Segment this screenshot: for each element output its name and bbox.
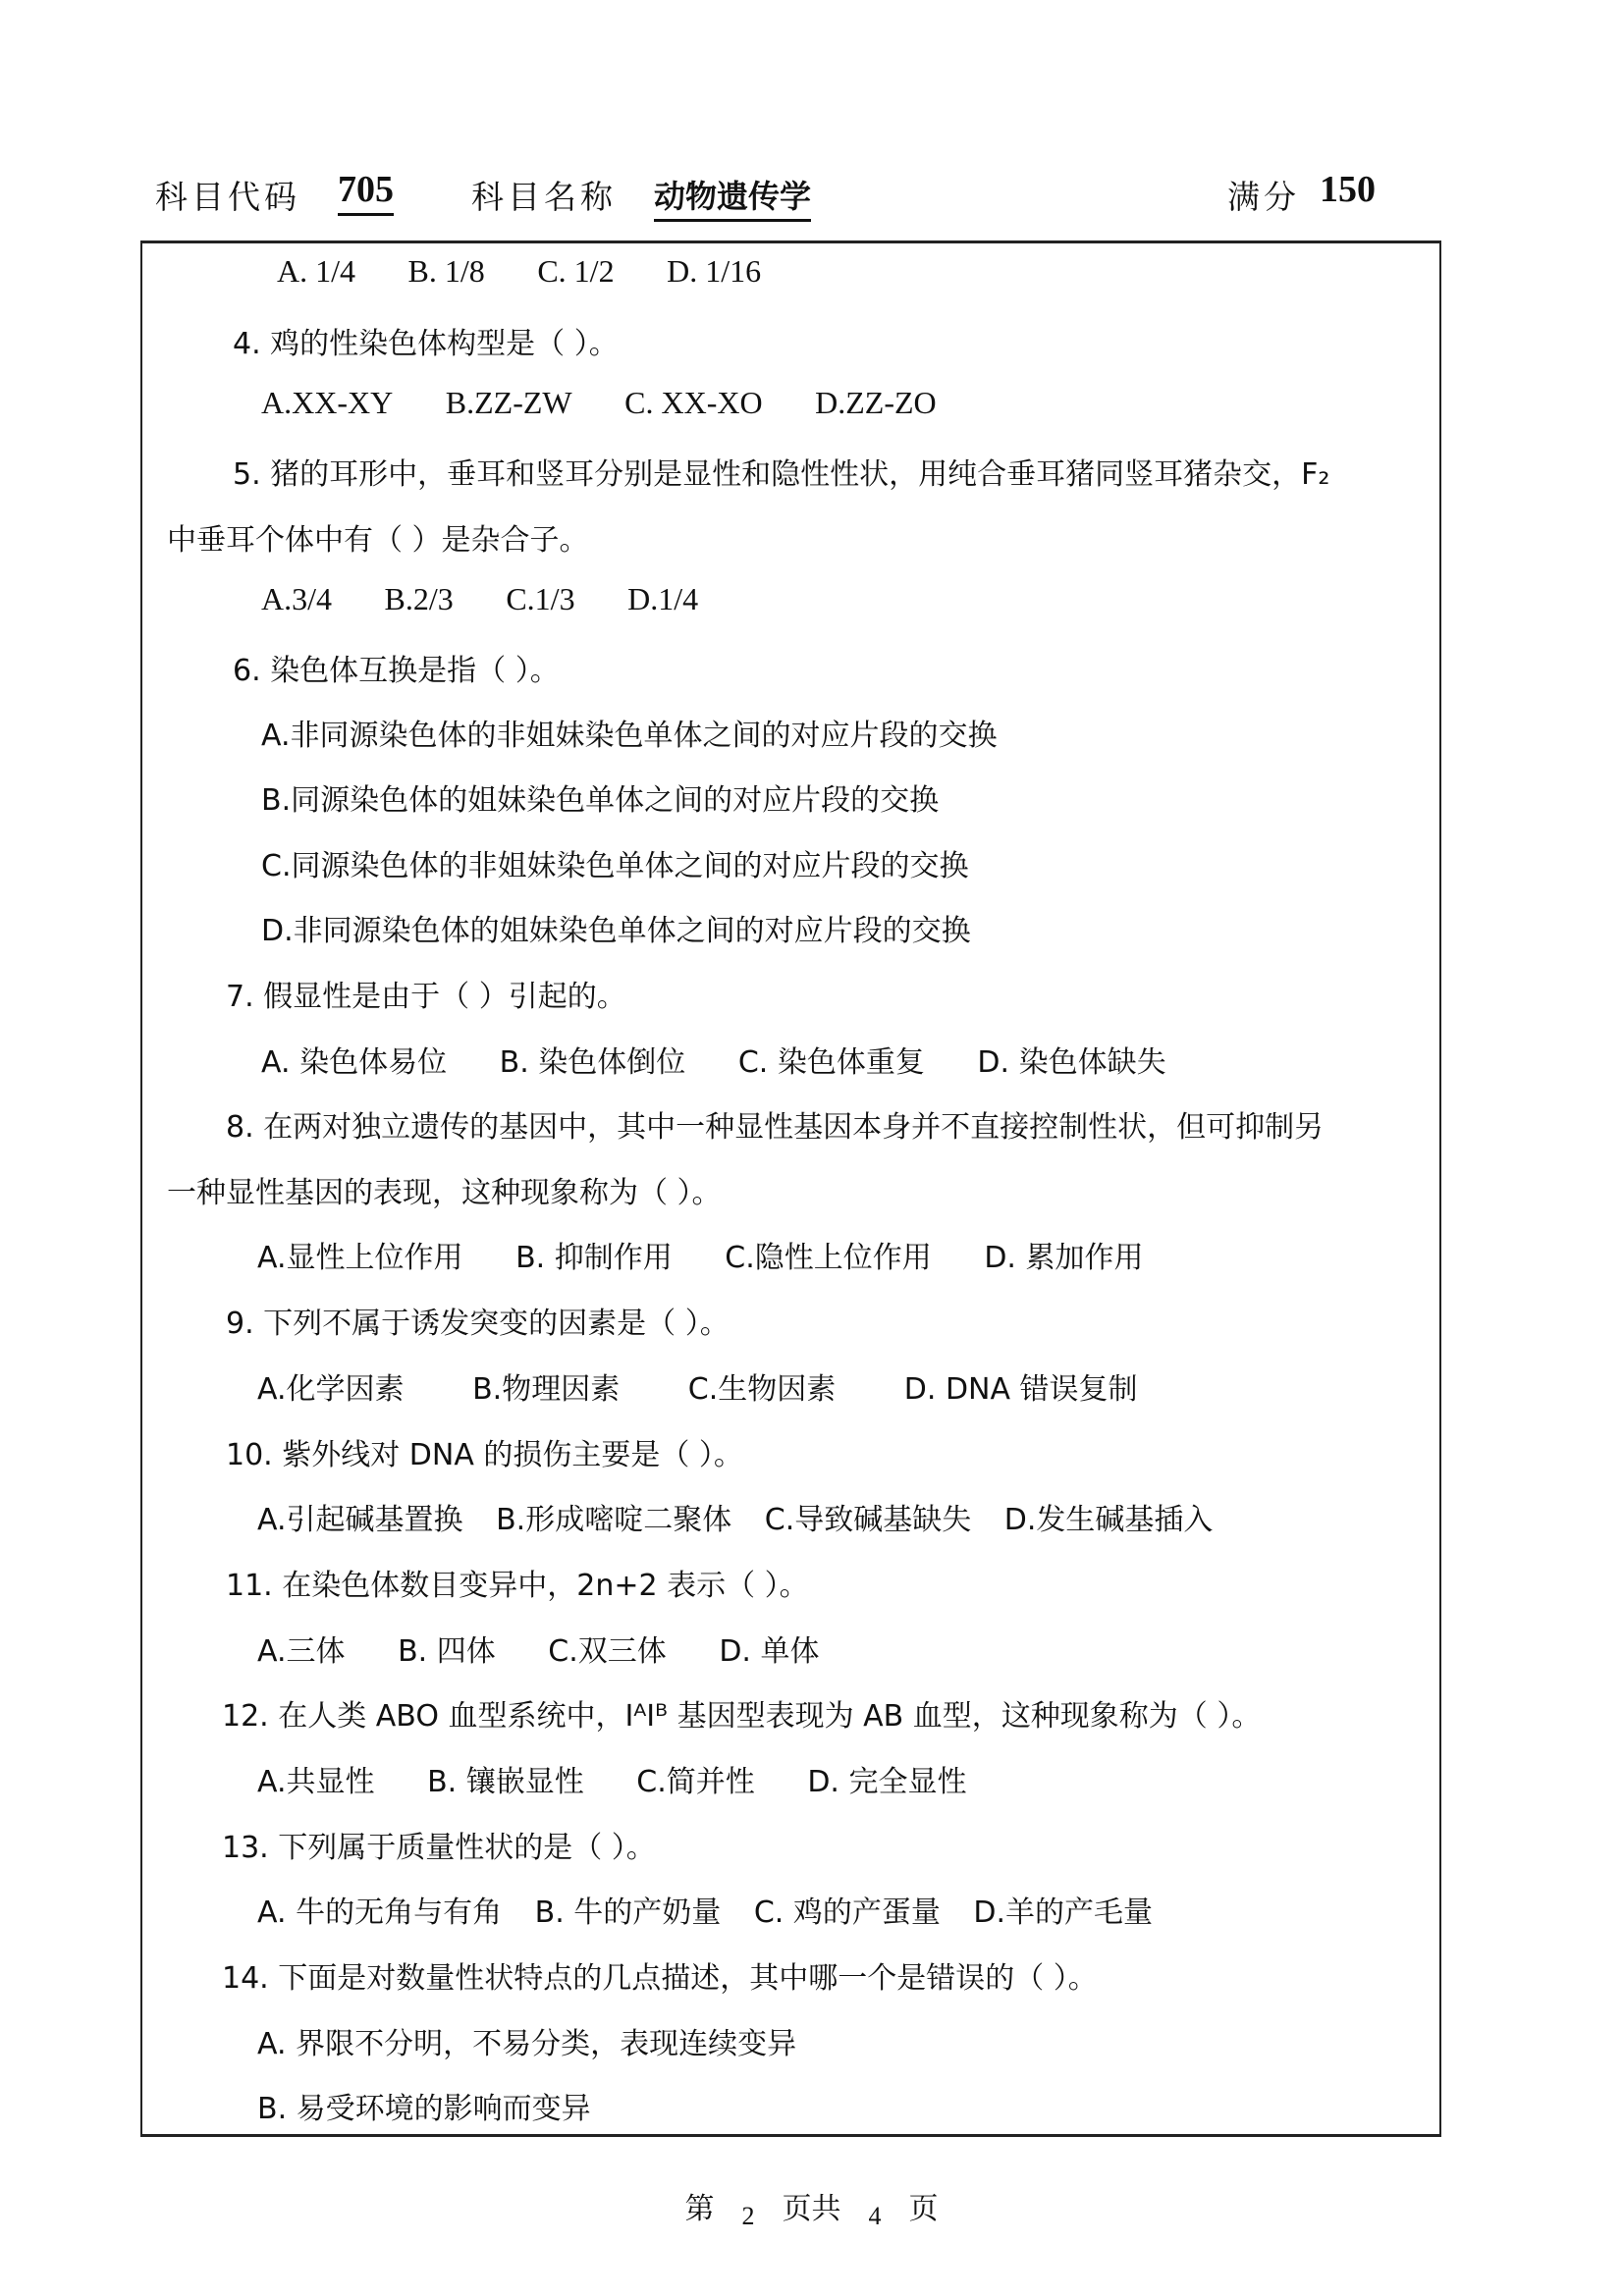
option: B. 牛的产奶量 — [535, 1888, 722, 1931]
q7-stem: 7. 假显性是由于（ ）引起的。 — [226, 972, 626, 1015]
q5-stem-line2: 中垂耳个体中有（ ）是杂合子。 — [167, 515, 589, 559]
option: D. 完全显性 — [807, 1757, 966, 1800]
total-pages: 4 — [869, 2202, 882, 2230]
option: C.隐性上位作用 — [725, 1233, 931, 1276]
option: D. 单体 — [719, 1627, 819, 1670]
full-score-label: 满分 — [1227, 172, 1300, 218]
option: A.XX-XY — [261, 385, 393, 421]
q8-options: A.显性上位作用 B. 抑制作用 C.隐性上位作用 D. 累加作用 — [257, 1233, 1187, 1276]
option: D.发生碱基插入 — [1004, 1495, 1214, 1538]
footer-suffix: 页 — [909, 2192, 939, 2226]
option: B. 四体 — [398, 1627, 496, 1670]
option: C.双三体 — [548, 1627, 666, 1670]
q6-option-a: A.非同源染色体的非姐妹染色单体之间的对应片段的交换 — [261, 711, 998, 754]
q12-stem: 12. 在人类 ABO 血型系统中，IᴬIᴮ 基因型表现为 AB 血型，这种现象… — [222, 1691, 1261, 1735]
footer-prefix: 第 — [685, 2192, 715, 2226]
current-page: 2 — [742, 2202, 755, 2230]
q6-stem: 6. 染色体互换是指（ ）。 — [233, 646, 560, 689]
page-footer: 第2页共4页 — [0, 2184, 1623, 2227]
option: B. 镶嵌显性 — [427, 1757, 584, 1800]
q8-stem-line2: 一种显性基因的表现，这种现象称为（ ）。 — [167, 1168, 722, 1211]
q6-option-d: D.非同源染色体的姐妹染色单体之间的对应片段的交换 — [261, 906, 971, 949]
option: A.显性上位作用 — [257, 1233, 463, 1276]
option: C.简并性 — [636, 1757, 754, 1800]
option: B. 抑制作用 — [515, 1233, 673, 1276]
option: B.形成嘧啶二聚体 — [496, 1495, 731, 1538]
subject-code: 705 — [338, 168, 394, 216]
q14-option-b: B. 易受环境的影响而变异 — [257, 2084, 591, 2127]
q11-stem: 11. 在染色体数目变异中，2n+2 表示（ ）。 — [226, 1561, 809, 1604]
full-score: 150 — [1320, 168, 1376, 211]
option: A. 染色体易位 — [261, 1038, 447, 1081]
subject-code-label: 科目代码 — [155, 172, 300, 218]
option: C. XX-XO — [624, 385, 762, 421]
option: C. 染色体重复 — [738, 1038, 925, 1081]
option: A.化学因素 — [257, 1364, 405, 1408]
q10-stem: 10. 紫外线对 DNA 的损伤主要是（ ）。 — [226, 1430, 743, 1473]
q11-options: A.三体 B. 四体 C.双三体 D. 单体 — [257, 1627, 863, 1670]
q9-options: A.化学因素 B.物理因素 C.生物因素 D. DNA 错误复制 — [257, 1364, 1181, 1408]
q3-options: A. 1/4 B. 1/8 C. 1/2 D. 1/16 — [277, 253, 804, 290]
option: C.导致碱基缺失 — [765, 1495, 971, 1538]
footer-mid: 页共 — [783, 2192, 841, 2226]
q4-stem: 4. 鸡的性染色体构型是（ ）。 — [233, 319, 619, 362]
option: D. 染色体缺失 — [977, 1038, 1165, 1081]
option: A. 1/4 — [277, 253, 355, 290]
subject-name-label: 科目名称 — [471, 172, 617, 218]
option: A.三体 — [257, 1627, 346, 1670]
exam-header: 科目代码 705 科目名称 动物遗传学 满分 150 — [155, 172, 1387, 231]
q7-options: A. 染色体易位 B. 染色体倒位 C. 染色体重复 D. 染色体缺失 — [261, 1038, 1210, 1081]
subject-name: 动物遗传学 — [654, 172, 811, 222]
option: A.引起碱基置换 — [257, 1495, 463, 1538]
option: D.ZZ-ZO — [815, 385, 937, 421]
option: D. 累加作用 — [984, 1233, 1143, 1276]
q10-options: A.引起碱基置换 B.形成嘧啶二聚体 C.导致碱基缺失 D.发生碱基插入 — [257, 1495, 1256, 1538]
q4-options: A.XX-XY B.ZZ-ZW C. XX-XO D.ZZ-ZO — [261, 385, 980, 421]
q14-stem: 14. 下面是对数量性状特点的几点描述，其中哪一个是错误的（ ）。 — [222, 1953, 1098, 1997]
q12-options: A.共显性 B. 镶嵌显性 C.简并性 D. 完全显性 — [257, 1757, 1010, 1800]
option: D. 1/16 — [667, 253, 761, 290]
option: C.1/3 — [506, 581, 574, 617]
q13-stem: 13. 下列属于质量性状的是（ ）。 — [222, 1823, 656, 1866]
option: B. 1/8 — [408, 253, 485, 290]
q9-stem: 9. 下列不属于诱发突变的因素是（ ）。 — [226, 1299, 730, 1342]
option: C.生物因素 — [688, 1364, 836, 1408]
q14-option-a: A. 界限不分明，不易分类，表现连续变异 — [257, 2019, 796, 2062]
option: A.3/4 — [261, 581, 332, 617]
option: C. 鸡的产蛋量 — [754, 1888, 941, 1931]
option: B. 染色体倒位 — [500, 1038, 686, 1081]
q13-options: A. 牛的无角与有角 B. 牛的产奶量 C. 鸡的产蛋量 D.羊的产毛量 — [257, 1888, 1196, 1931]
option: B.2/3 — [385, 581, 454, 617]
option: A. 牛的无角与有角 — [257, 1888, 502, 1931]
option: B.ZZ-ZW — [446, 385, 572, 421]
option: B.物理因素 — [472, 1364, 620, 1408]
q5-options: A.3/4 B.2/3 C.1/3 D.1/4 — [261, 581, 741, 617]
q6-option-b: B.同源染色体的姐妹染色单体之间的对应片段的交换 — [261, 775, 939, 819]
option: A.共显性 — [257, 1757, 375, 1800]
option: D. DNA 错误复制 — [904, 1364, 1138, 1408]
q5-stem-line1: 5. 猪的耳形中，垂耳和竖耳分别是显性和隐性性状，用纯合垂耳猪同竖耳猪杂交，F₂ — [233, 450, 1329, 493]
q8-stem-line1: 8. 在两对独立遗传的基因中，其中一种显性基因本身并不直接控制性状，但可抑制另 — [226, 1102, 1324, 1146]
option: D.1/4 — [627, 581, 698, 617]
q6-option-c: C.同源染色体的非姐妹染色单体之间的对应片段的交换 — [261, 841, 968, 884]
option: C. 1/2 — [537, 253, 614, 290]
option: D.羊的产毛量 — [973, 1888, 1153, 1931]
